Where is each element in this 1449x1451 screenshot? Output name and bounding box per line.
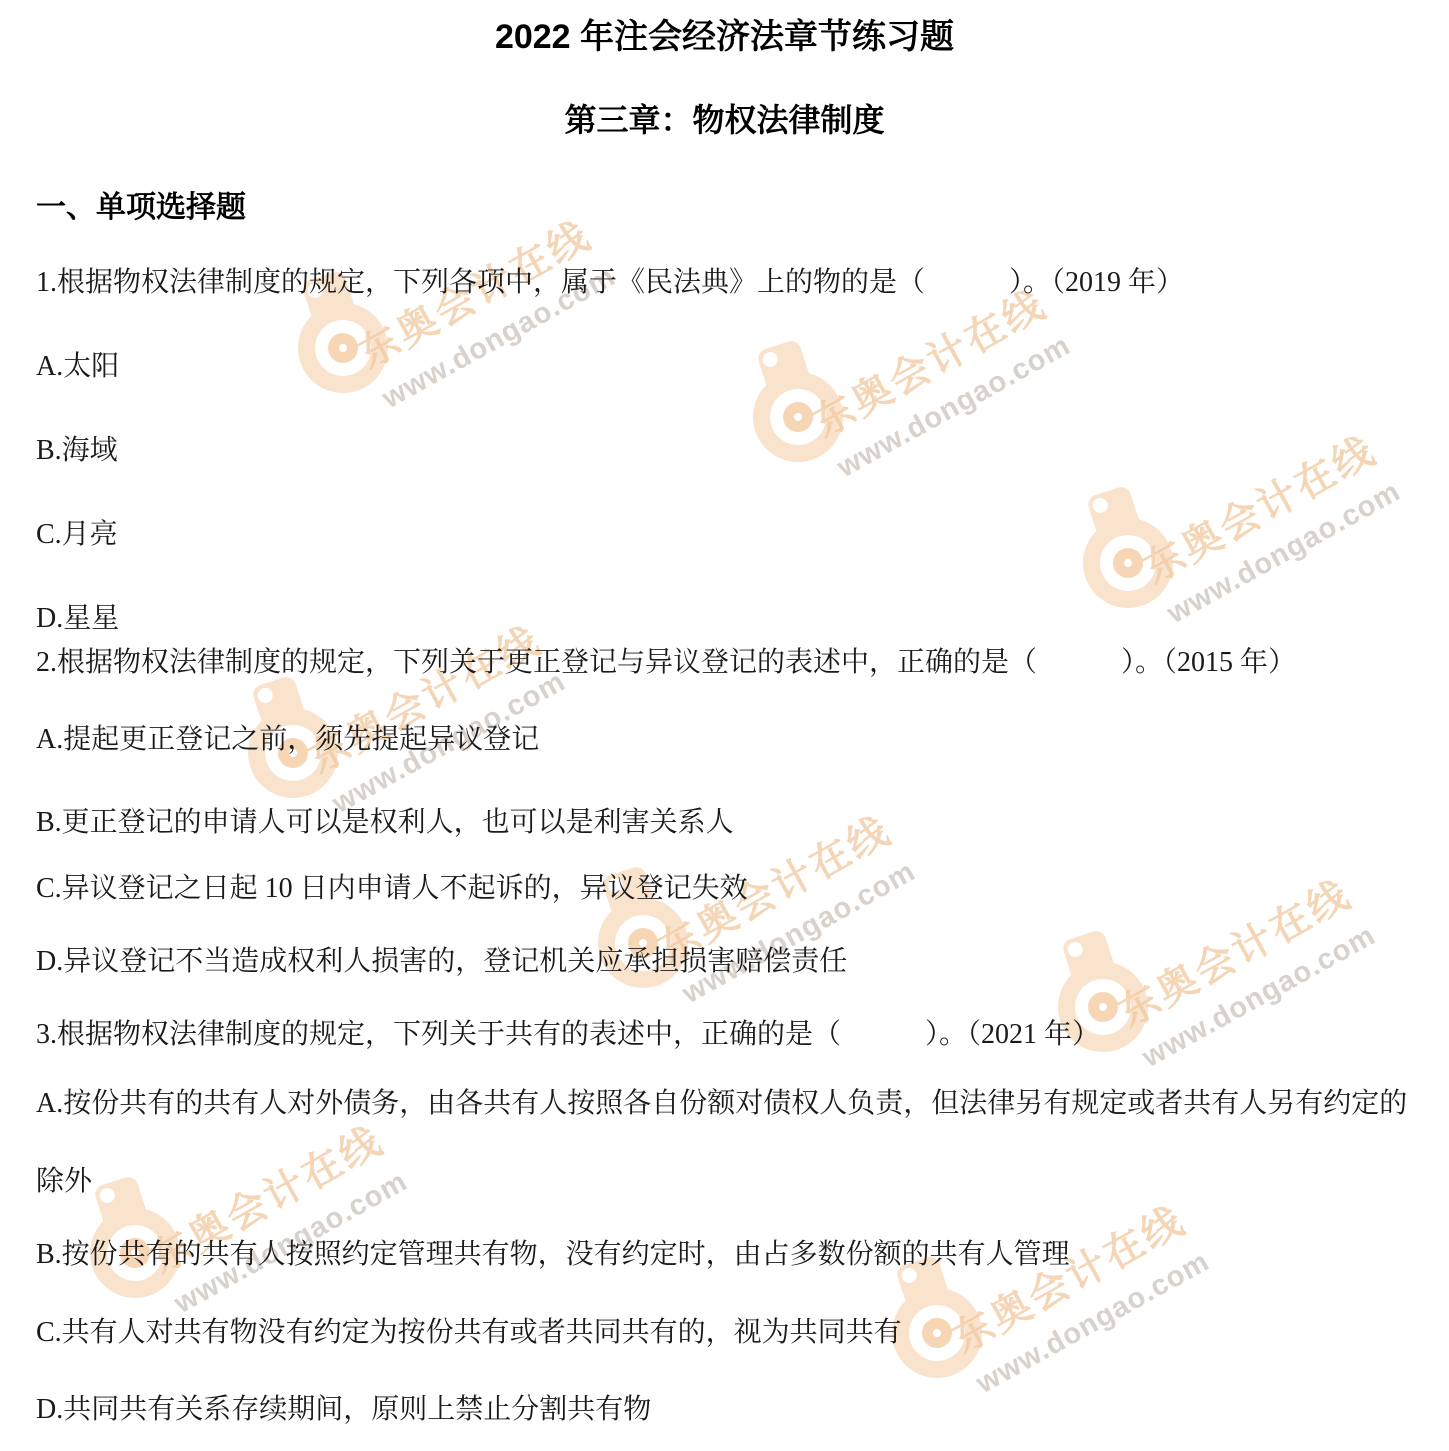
watermark-brand-text: 东奥会计在线 [808,284,1053,444]
watermark-unit: 东奥会计在线 www.dongao.com [1083,458,1433,673]
question-1-option-d: D.星星 [36,604,119,634]
question-3-stem: 3.根据物权法律制度的规定，下列关于共有的表述中，正确的是（ ）。（2021 年… [36,1020,1100,1050]
question-2-option-b: B.更正登记的申请人可以是权利人，也可以是利害关系人 [36,808,734,838]
dongao-logo-icon [892,1260,988,1386]
question-2-stem: 2.根据物权法律制度的规定，下列关于更正登记与异议登记的表述中，正确的是（ ）。… [36,648,1296,678]
watermark-brand-text: 东奥会计在线 [303,620,548,780]
question-2-option-d: D.异议登记不当造成权利人损害的，登记机关应承担损害赔偿责任 [36,947,847,977]
question-1-option-b: B.海域 [36,436,118,466]
dongao-logo-icon [1083,490,1179,616]
section-heading: 一、单项选择题 [36,191,246,224]
question-3-option-c: C.共有人对共有物没有约定为按份共有或者共同共有的，视为共同共有 [36,1318,902,1348]
question-2-option-a: A.提起更正登记之前，须先提起异议登记 [36,725,539,755]
question-3-option-d: D.共同共有关系存续期间，原则上禁止分割共有物 [36,1395,651,1425]
watermark-url-text: www.dongao.com [1163,477,1405,629]
question-2-option-c: C.异议登记之日起 10 日内申请人不起诉的，异议登记失效 [36,874,748,904]
watermark-brand-text: 东奥会计在线 [1138,430,1383,590]
page-subtitle: 第三章：物权法律制度 [0,102,1449,139]
watermark-url-text: www.dongao.com [833,331,1075,483]
watermark-brand-text: 东奥会计在线 [947,1200,1192,1360]
question-3-option-b: B.按份共有的共有人按照约定管理共有物，没有约定时，由占多数份额的共有人管理 [36,1240,1070,1270]
question-1-option-a: A.太阳 [36,352,119,382]
watermark-unit: 东奥会计在线 www.dongao.com [753,312,1103,527]
question-1-option-c: C.月亮 [36,520,118,550]
watermark-url-text: www.dongao.com [1138,921,1380,1073]
exam-page: 东奥会计在线 www.dongao.com 东奥会计在线 www.dongao.… [0,0,1449,1451]
question-1-stem: 1.根据物权法律制度的规定，下列各项中，属于《民法典》上的物的是（ ）。（201… [36,268,1184,298]
page-title: 2022 年注会经济法章节练习题 [0,18,1449,57]
dongao-logo-icon [753,344,849,470]
watermark-brand-text: 东奥会计在线 [1113,874,1358,1034]
question-3-option-a: A.按份共有的共有人对外债务，由各共有人按照各自份额对债权人负责，但法律另有规定… [36,1065,1416,1221]
